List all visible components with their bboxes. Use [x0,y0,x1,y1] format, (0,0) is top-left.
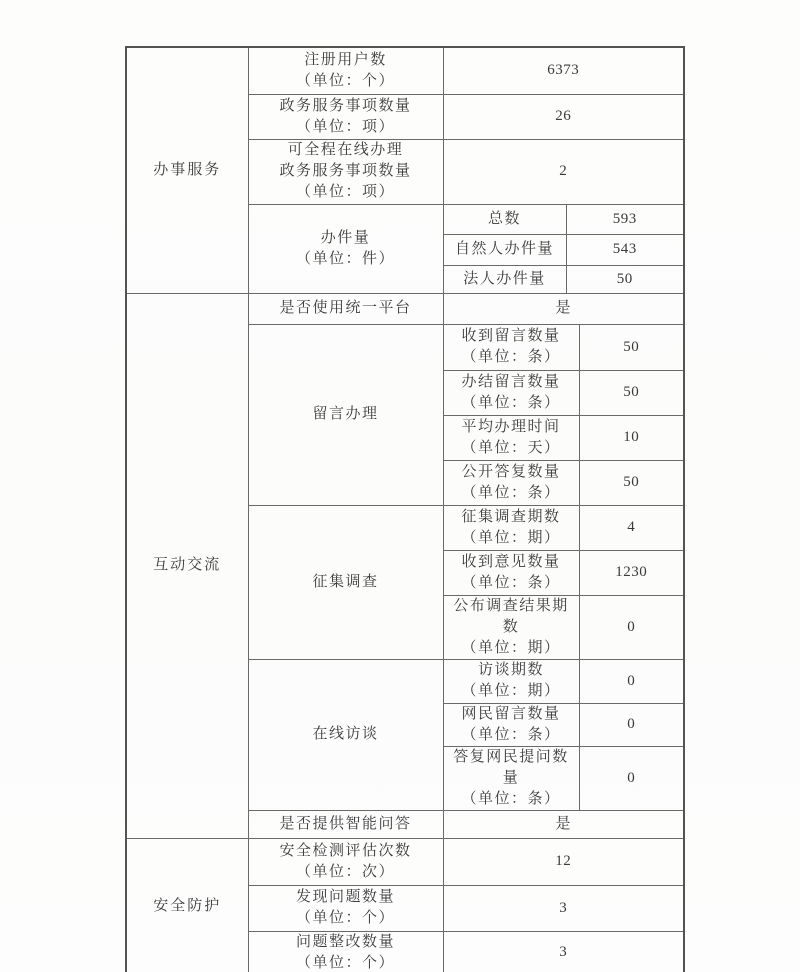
group-label: 办件量 [251,228,441,249]
group-label-message-handling: 留言办理 [248,324,443,505]
group-unit: （单位：件） [251,249,441,270]
submetric-label: 自然人办件量 [443,234,566,265]
submetric-unit: （单位：期） [446,638,577,659]
group-label-survey: 征集调查 [248,505,443,659]
metric-label: 问题整改数量 [251,932,441,953]
metric-value: 是 [443,293,684,324]
submetric-label-cell: 答复网民提问数量 （单位：条） [443,746,579,810]
section-label-interaction: 互动交流 [126,293,248,838]
submetric-value: 50 [579,460,684,505]
submetric-label: 公布调查结果期数 [446,596,577,638]
submetric-value: 50 [566,265,684,293]
submetric-unit: （单位：天） [446,438,577,459]
submetric-label: 征集调查期数 [446,507,577,528]
metric-value: 是 [443,810,684,838]
metric-label-line2: 政务服务事项数量 [251,161,441,182]
metric-label: 安全检测评估次数 [251,841,441,862]
metric-unit: （单位：个） [251,71,441,92]
metric-unit: （单位：次） [251,862,441,883]
group-label-case-volume: 办件量 （单位：件） [248,204,443,293]
submetric-value: 50 [579,324,684,370]
submetric-label: 公开答复数量 [446,462,577,483]
submetric-unit: （单位：条） [446,393,577,414]
metric-value: 6373 [443,47,684,94]
scanned-report-page: 办事服务 注册用户数 （单位：个） 6373 政务服务事项数量 （单位：项） 2… [0,0,800,972]
submetric-label-cell: 征集调查期数 （单位：期） [443,505,579,550]
submetric-value: 593 [566,204,684,234]
metric-label: 是否使用统一平台 [248,293,443,324]
metric-label-cell: 可全程在线办理 政务服务事项数量 （单位：项） [248,139,443,204]
submetric-label-cell: 收到留言数量 （单位：条） [443,324,579,370]
group-label-interview: 在线访谈 [248,659,443,810]
submetric-value: 0 [579,746,684,810]
submetric-label-cell: 访谈期数 （单位：期） [443,659,579,703]
metric-value: 3 [443,931,684,972]
submetric-label: 总数 [443,204,566,234]
submetric-unit: （单位：条） [446,725,577,746]
submetric-value: 0 [579,595,684,659]
submetric-label-cell: 公开答复数量 （单位：条） [443,460,579,505]
metric-label: 是否提供智能问答 [248,810,443,838]
metric-label: 发现问题数量 [251,887,441,908]
submetric-value: 50 [579,370,684,415]
metric-unit: （单位：项） [251,182,441,203]
submetric-value: 4 [579,505,684,550]
submetric-value: 0 [579,659,684,703]
metric-label: 政务服务事项数量 [251,96,441,117]
submetric-label: 平均办理时间 [446,417,577,438]
metric-label-cell: 问题整改数量 （单位：个） [248,931,443,972]
metric-label: 注册用户数 [251,50,441,71]
submetric-label-cell: 网民留言数量 （单位：条） [443,703,579,746]
metric-value: 3 [443,885,684,931]
metric-unit: （单位：个） [251,908,441,929]
metric-label-cell: 安全检测评估次数 （单位：次） [248,838,443,885]
submetric-value: 543 [566,234,684,265]
submetric-label: 法人办件量 [443,265,566,293]
metric-label: 可全程在线办理 [251,140,441,161]
submetric-value: 1230 [579,550,684,595]
section-label-security: 安全防护 [126,838,248,972]
metric-unit: （单位：个） [251,953,441,972]
submetric-value: 10 [579,415,684,460]
submetric-unit: （单位：条） [446,789,577,810]
metric-value: 2 [443,139,684,204]
submetric-label: 收到留言数量 [446,326,577,347]
submetric-unit: （单位：期） [446,681,577,702]
metric-unit: （单位：项） [251,117,441,138]
submetric-unit: （单位：条） [446,347,577,368]
submetric-unit: （单位：期） [446,528,577,549]
submetric-label-cell: 收到意见数量 （单位：条） [443,550,579,595]
submetric-label-cell: 平均办理时间 （单位：天） [443,415,579,460]
annual-report-table: 办事服务 注册用户数 （单位：个） 6373 政务服务事项数量 （单位：项） 2… [125,46,685,972]
submetric-label-cell: 公布调查结果期数 （单位：期） [443,595,579,659]
metric-label-cell: 注册用户数 （单位：个） [248,47,443,94]
submetric-label: 网民留言数量 [446,704,577,725]
submetric-label: 答复网民提问数量 [446,747,577,789]
submetric-label: 办结留言数量 [446,372,577,393]
metric-label-cell: 政务服务事项数量 （单位：项） [248,94,443,139]
metric-value: 26 [443,94,684,139]
submetric-unit: （单位：条） [446,483,577,504]
submetric-label: 访谈期数 [446,660,577,681]
submetric-unit: （单位：条） [446,573,577,594]
submetric-value: 0 [579,703,684,746]
metric-label-cell: 发现问题数量 （单位：个） [248,885,443,931]
table-row: 互动交流 是否使用统一平台 是 [126,293,684,324]
metric-value: 12 [443,838,684,885]
section-label-service: 办事服务 [126,47,248,293]
table-row: 办事服务 注册用户数 （单位：个） 6373 [126,47,684,94]
submetric-label: 收到意见数量 [446,552,577,573]
table-row: 安全防护 安全检测评估次数 （单位：次） 12 [126,838,684,885]
submetric-label-cell: 办结留言数量 （单位：条） [443,370,579,415]
